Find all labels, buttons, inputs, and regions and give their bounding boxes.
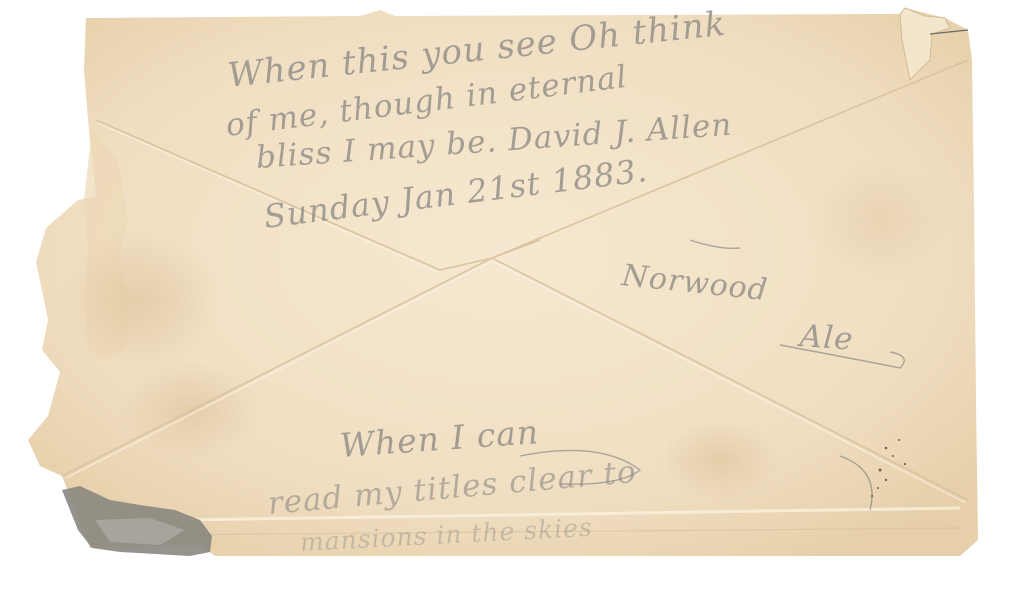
handwriting-place-2: Ale <box>799 318 855 358</box>
